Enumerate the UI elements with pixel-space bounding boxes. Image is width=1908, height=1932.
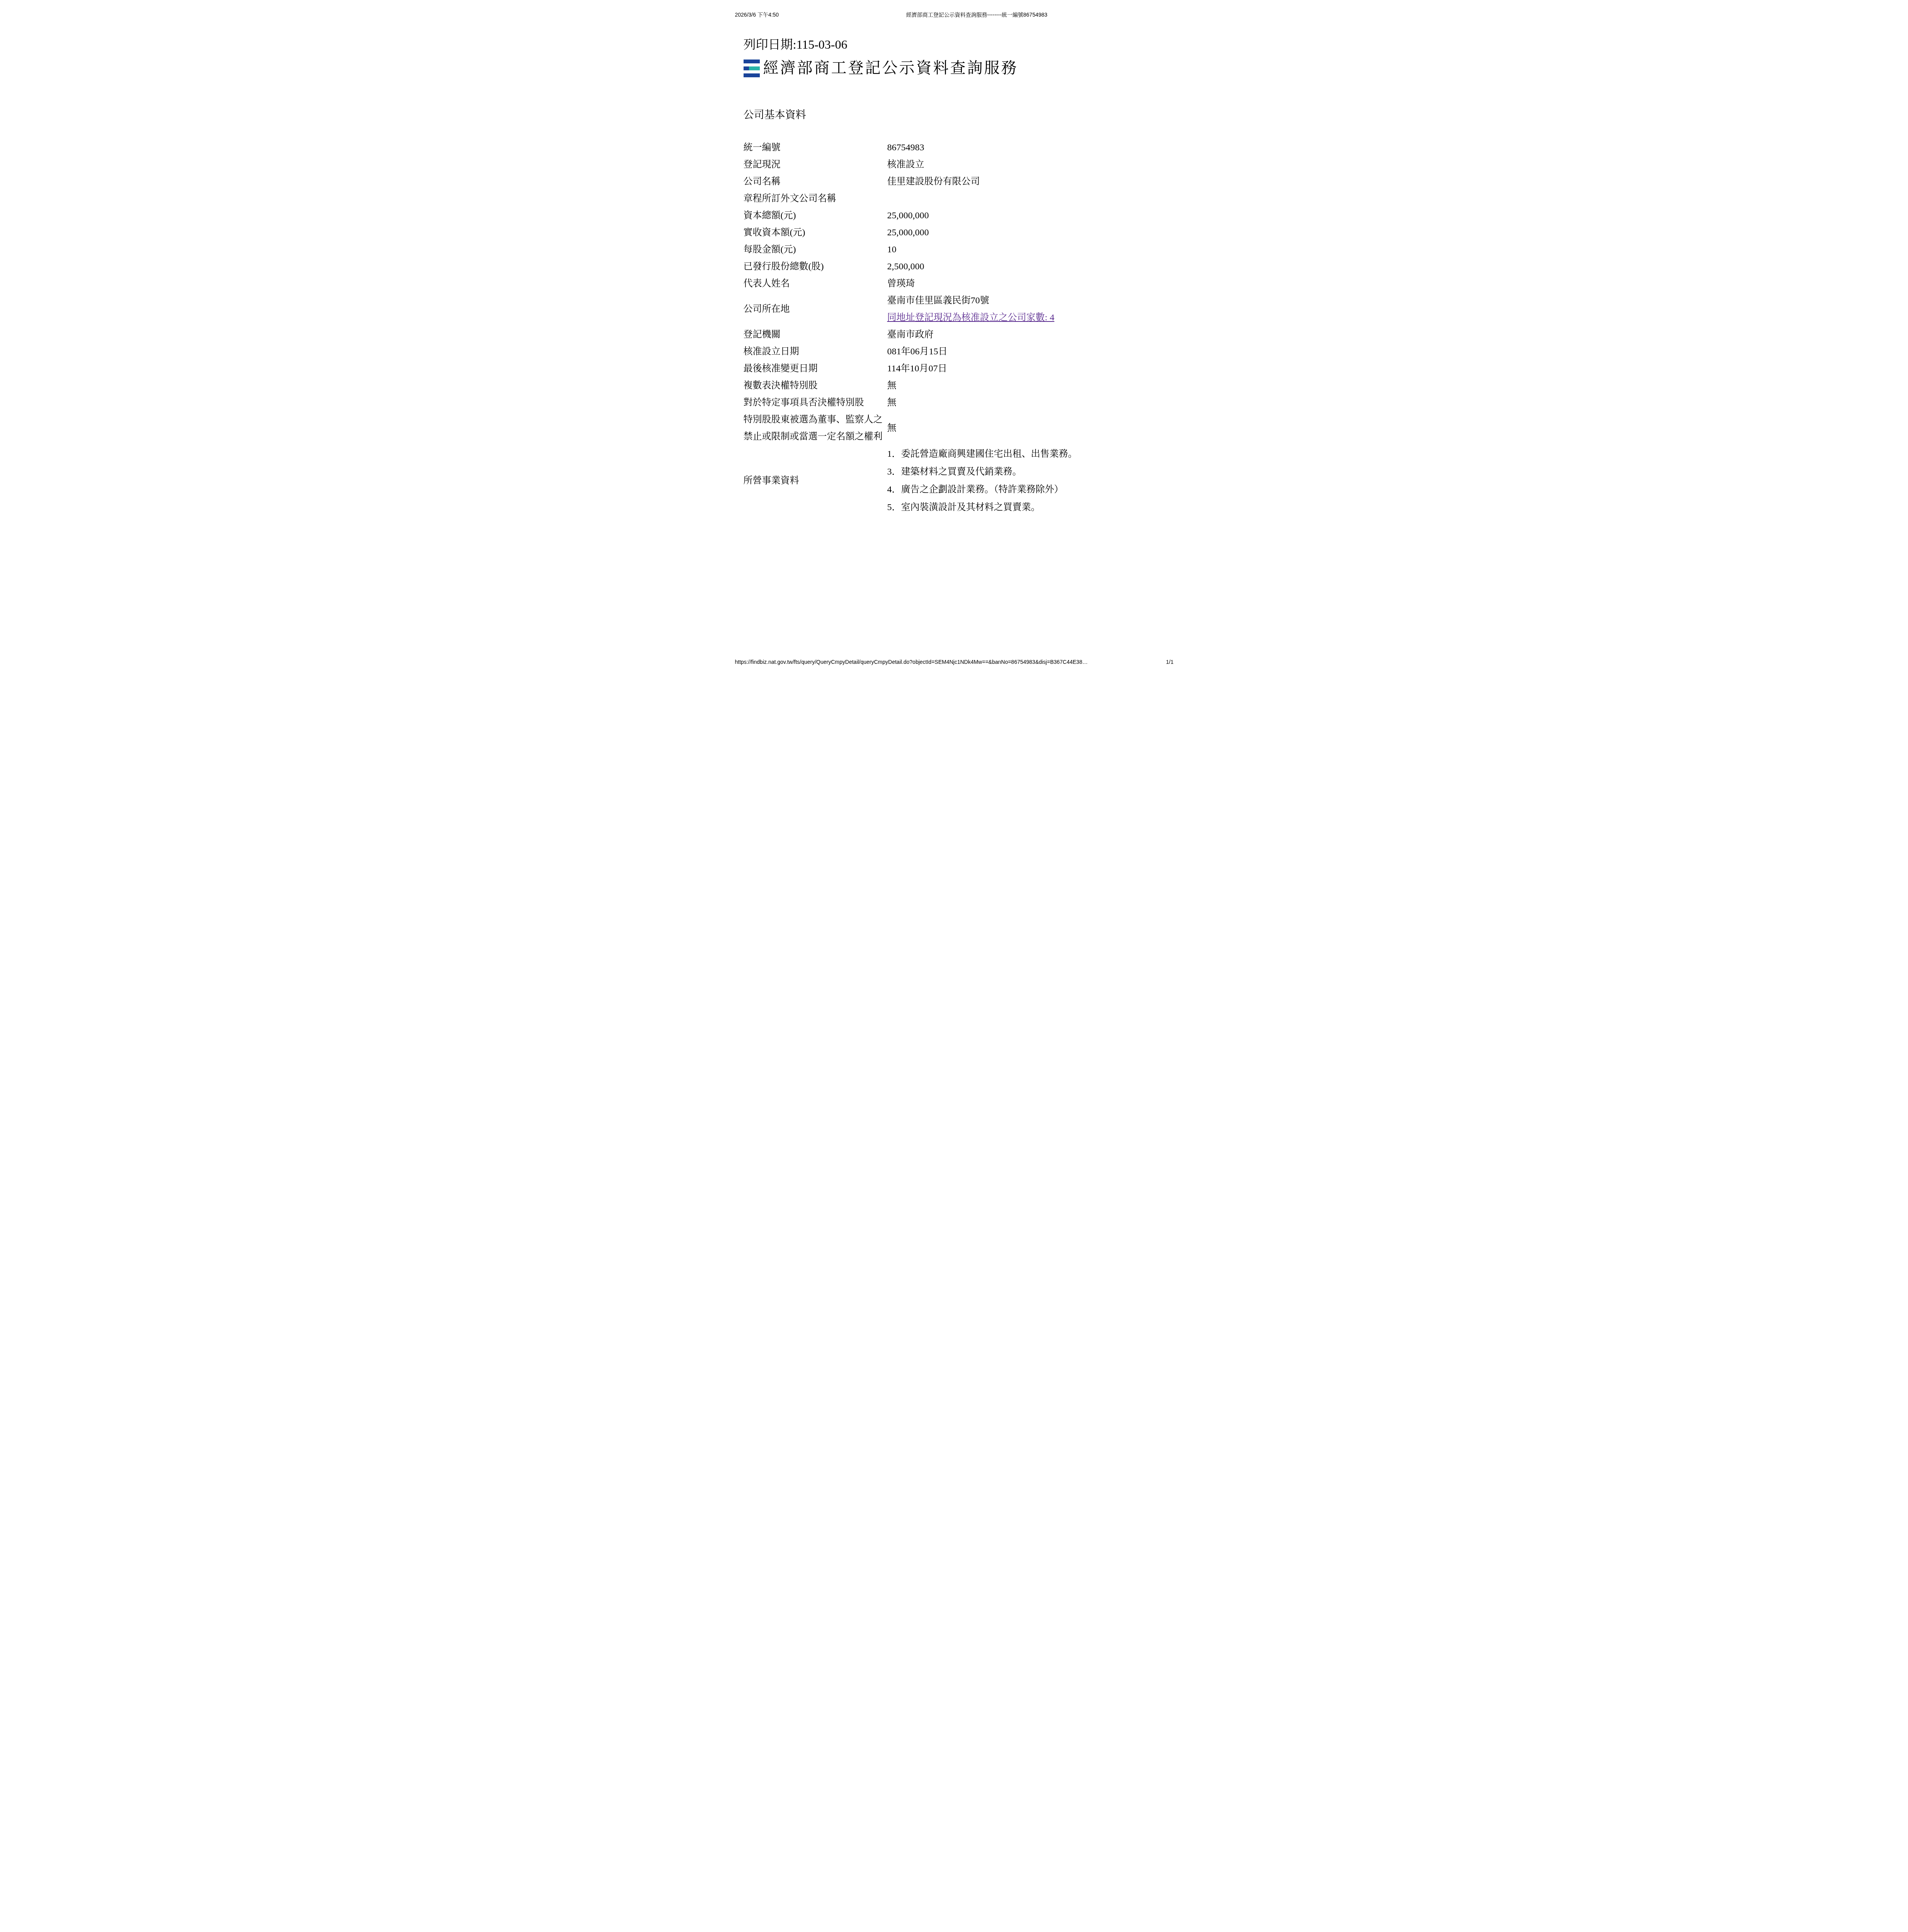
browser-print-footer: https://findbiz.nat.gov.tw/fts/query/Que… bbox=[735, 659, 1174, 665]
field-value: 2,500,000 bbox=[887, 258, 1158, 275]
print-datetime: 2026/3/6 下午4:50 bbox=[735, 12, 779, 18]
field-label: 最後核准變更日期 bbox=[744, 360, 887, 377]
field-value: 25,000,000 bbox=[887, 224, 1158, 241]
table-row: 登記現況核准設立 bbox=[744, 156, 1158, 173]
company-basic-info-table: 統一編號86754983登記現況核准設立公司名稱佳里建設股份有限公司章程所訂外文… bbox=[744, 139, 1158, 516]
business-item: 5．室內裝潢設計及其材料之買賣業。 bbox=[887, 498, 1158, 516]
field-value: 25,000,000 bbox=[887, 207, 1158, 224]
footer-page-number: 1/1 bbox=[1166, 659, 1173, 665]
field-value: 臺南市政府 bbox=[887, 326, 1158, 343]
field-value: 無 bbox=[887, 394, 1158, 411]
section-title: 公司基本資料 bbox=[744, 108, 806, 121]
table-row: 已發行股份總數(股)2,500,000 bbox=[744, 258, 1158, 275]
field-label: 特別股股東被選為董事、監察人之禁止或限制或當選一定名額之權利 bbox=[744, 411, 887, 445]
field-value bbox=[887, 190, 1158, 207]
table-row: 資本總額(元)25,000,000 bbox=[744, 207, 1158, 224]
field-value-text: 114年10月07日 bbox=[887, 360, 1158, 377]
table-row: 複數表決權特別股無 bbox=[744, 377, 1158, 394]
field-value-text: 無 bbox=[887, 377, 1158, 394]
field-label: 對於特定事項具否決權特別股 bbox=[744, 394, 887, 411]
table-row: 對於特定事項具否決權特別股無 bbox=[744, 394, 1158, 411]
table-row: 登記機關臺南市政府 bbox=[744, 326, 1158, 343]
logo-bar-middle-blue bbox=[744, 66, 749, 70]
site-title: 經濟部商工登記公示資料查詢服務 bbox=[763, 57, 1018, 79]
field-value: 無 bbox=[887, 411, 1158, 445]
logo-bar-middle-teal bbox=[749, 66, 760, 70]
field-value-text: 無 bbox=[887, 394, 1158, 411]
field-label: 章程所訂外文公司名稱 bbox=[744, 190, 887, 207]
field-value-text: 2,500,000 bbox=[887, 258, 1158, 275]
field-label: 核准設立日期 bbox=[744, 343, 887, 360]
field-label: 統一編號 bbox=[744, 139, 887, 156]
field-label: 實收資本額(元) bbox=[744, 224, 887, 241]
field-label: 資本總額(元) bbox=[744, 207, 887, 224]
field-value-text: 25,000,000 bbox=[887, 207, 1158, 224]
field-label: 已發行股份總數(股) bbox=[744, 258, 887, 275]
logo-bar-bottom bbox=[744, 73, 760, 77]
table-row: 特別股股東被選為董事、監察人之禁止或限制或當選一定名額之權利無 bbox=[744, 411, 1158, 445]
business-item: 1．委託營造廠商興建國住宅出租、出售業務。 bbox=[887, 445, 1158, 463]
table-row: 公司名稱佳里建設股份有限公司 bbox=[744, 173, 1158, 190]
browser-print-header: 2026/3/6 下午4:50 經濟部商工登記公示資料查詢服務--------統… bbox=[735, 12, 1174, 19]
field-value: 1．委託營造廠商興建國住宅出租、出售業務。3．建築材料之買賣及代銷業務。4．廣告… bbox=[887, 445, 1158, 516]
field-label: 登記機關 bbox=[744, 326, 887, 343]
table-row: 最後核准變更日期114年10月07日 bbox=[744, 360, 1158, 377]
logo-bar-middle bbox=[744, 66, 760, 70]
field-value: 曾瑛琦 bbox=[887, 275, 1158, 292]
field-value-text bbox=[887, 190, 1158, 207]
table-row: 所營事業資料1．委託營造廠商興建國住宅出租、出售業務。3．建築材料之買賣及代銷業… bbox=[744, 445, 1158, 516]
field-value: 081年06月15日 bbox=[887, 343, 1158, 360]
field-value-text: 無 bbox=[887, 420, 1158, 437]
table-row: 公司所在地臺南市佳里區義民街70號同地址登記現況為核准設立之公司家數: 4 bbox=[744, 292, 1158, 326]
table-row: 核准設立日期081年06月15日 bbox=[744, 343, 1158, 360]
field-label: 公司名稱 bbox=[744, 173, 887, 190]
field-value: 10 bbox=[887, 241, 1158, 258]
field-value: 核准設立 bbox=[887, 156, 1158, 173]
field-value: 佳里建設股份有限公司 bbox=[887, 173, 1158, 190]
field-value-text: 081年06月15日 bbox=[887, 343, 1158, 360]
same-address-count-link[interactable]: 同地址登記現況為核准設立之公司家數: 4 bbox=[887, 309, 1158, 326]
field-value: 無 bbox=[887, 377, 1158, 394]
table-row: 每股金額(元)10 bbox=[744, 241, 1158, 258]
table-row: 統一編號86754983 bbox=[744, 139, 1158, 156]
field-value-text: 核准設立 bbox=[887, 156, 1158, 173]
document-page: 2026/3/6 下午4:50 經濟部商工登記公示資料查詢服務--------統… bbox=[716, 0, 1193, 678]
footer-url: https://findbiz.nat.gov.tw/fts/query/Que… bbox=[735, 659, 1088, 665]
field-value-text: 曾瑛琦 bbox=[887, 275, 1158, 292]
table-row: 章程所訂外文公司名稱 bbox=[744, 190, 1158, 207]
field-value: 臺南市佳里區義民街70號同地址登記現況為核准設立之公司家數: 4 bbox=[887, 292, 1158, 326]
field-value: 114年10月07日 bbox=[887, 360, 1158, 377]
moea-logo-icon bbox=[744, 60, 760, 77]
field-label: 登記現況 bbox=[744, 156, 887, 173]
logo-bar-top bbox=[744, 60, 760, 63]
field-value-text: 佳里建設股份有限公司 bbox=[887, 173, 1158, 190]
print-header-title: 經濟部商工登記公示資料查詢服務--------統一編號86754983 bbox=[906, 12, 1048, 18]
business-item: 3．建築材料之買賣及代銷業務。 bbox=[887, 463, 1158, 481]
field-label: 公司所在地 bbox=[744, 292, 887, 326]
field-value-text: 臺南市政府 bbox=[887, 326, 1158, 343]
table-row: 實收資本額(元)25,000,000 bbox=[744, 224, 1158, 241]
field-value: 86754983 bbox=[887, 139, 1158, 156]
field-label: 複數表決權特別股 bbox=[744, 377, 887, 394]
business-item: 4．廣告之企劃設計業務。（特許業務除外） bbox=[887, 481, 1158, 498]
field-value-text: 10 bbox=[887, 241, 1158, 258]
field-value-text: 25,000,000 bbox=[887, 224, 1158, 241]
field-label: 所營事業資料 bbox=[744, 445, 887, 516]
print-date-label: 列印日期:115-03-06 bbox=[744, 37, 848, 52]
table-row: 代表人姓名曾瑛琦 bbox=[744, 275, 1158, 292]
field-label: 每股金額(元) bbox=[744, 241, 887, 258]
field-value-text: 臺南市佳里區義民街70號 bbox=[887, 292, 1158, 309]
field-value-text: 86754983 bbox=[887, 139, 1158, 156]
field-label: 代表人姓名 bbox=[744, 275, 887, 292]
